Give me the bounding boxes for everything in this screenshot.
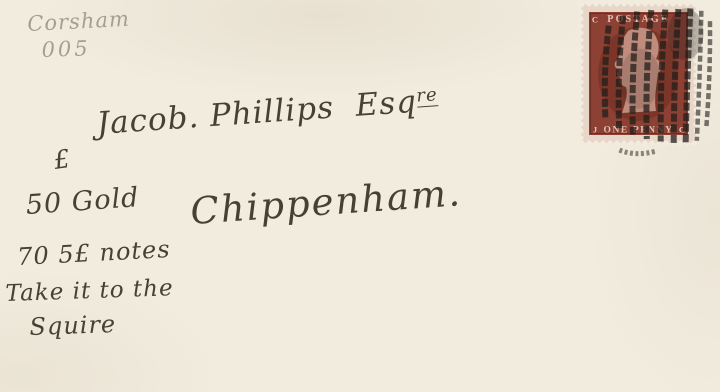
memo-line-notes: 70 5£ notes: [17, 235, 172, 271]
memo-line-instruction: Take it to the: [5, 275, 174, 307]
pencil-note-place: Corsham: [27, 7, 131, 36]
envelope-scan: Corsham 005 Jacob. Phillips Esqre Chippe…: [0, 0, 720, 392]
postmark-smudge: [619, 150, 655, 154]
address-town: Chippenham.: [189, 171, 463, 233]
recipient-honorific: Esq: [354, 84, 418, 124]
address-recipient-line: Jacob. Phillips Esqre: [95, 82, 439, 142]
memo-line-gold: 50 Gold: [25, 182, 141, 221]
stamp-graphic: POSTAGE ONE PENNY C J C: [576, 1, 720, 165]
pencil-note-number: 005: [41, 36, 91, 62]
memo-line-squire: Squire: [29, 310, 117, 341]
corner-letter-top-left: C: [592, 15, 598, 25]
penny-red-stamp: POSTAGE ONE PENNY C J C: [576, 1, 720, 165]
honorific-superscript: re: [416, 84, 439, 107]
recipient-name: Jacob. Phillips: [95, 90, 335, 142]
memo-currency-symbol: £: [52, 144, 73, 175]
